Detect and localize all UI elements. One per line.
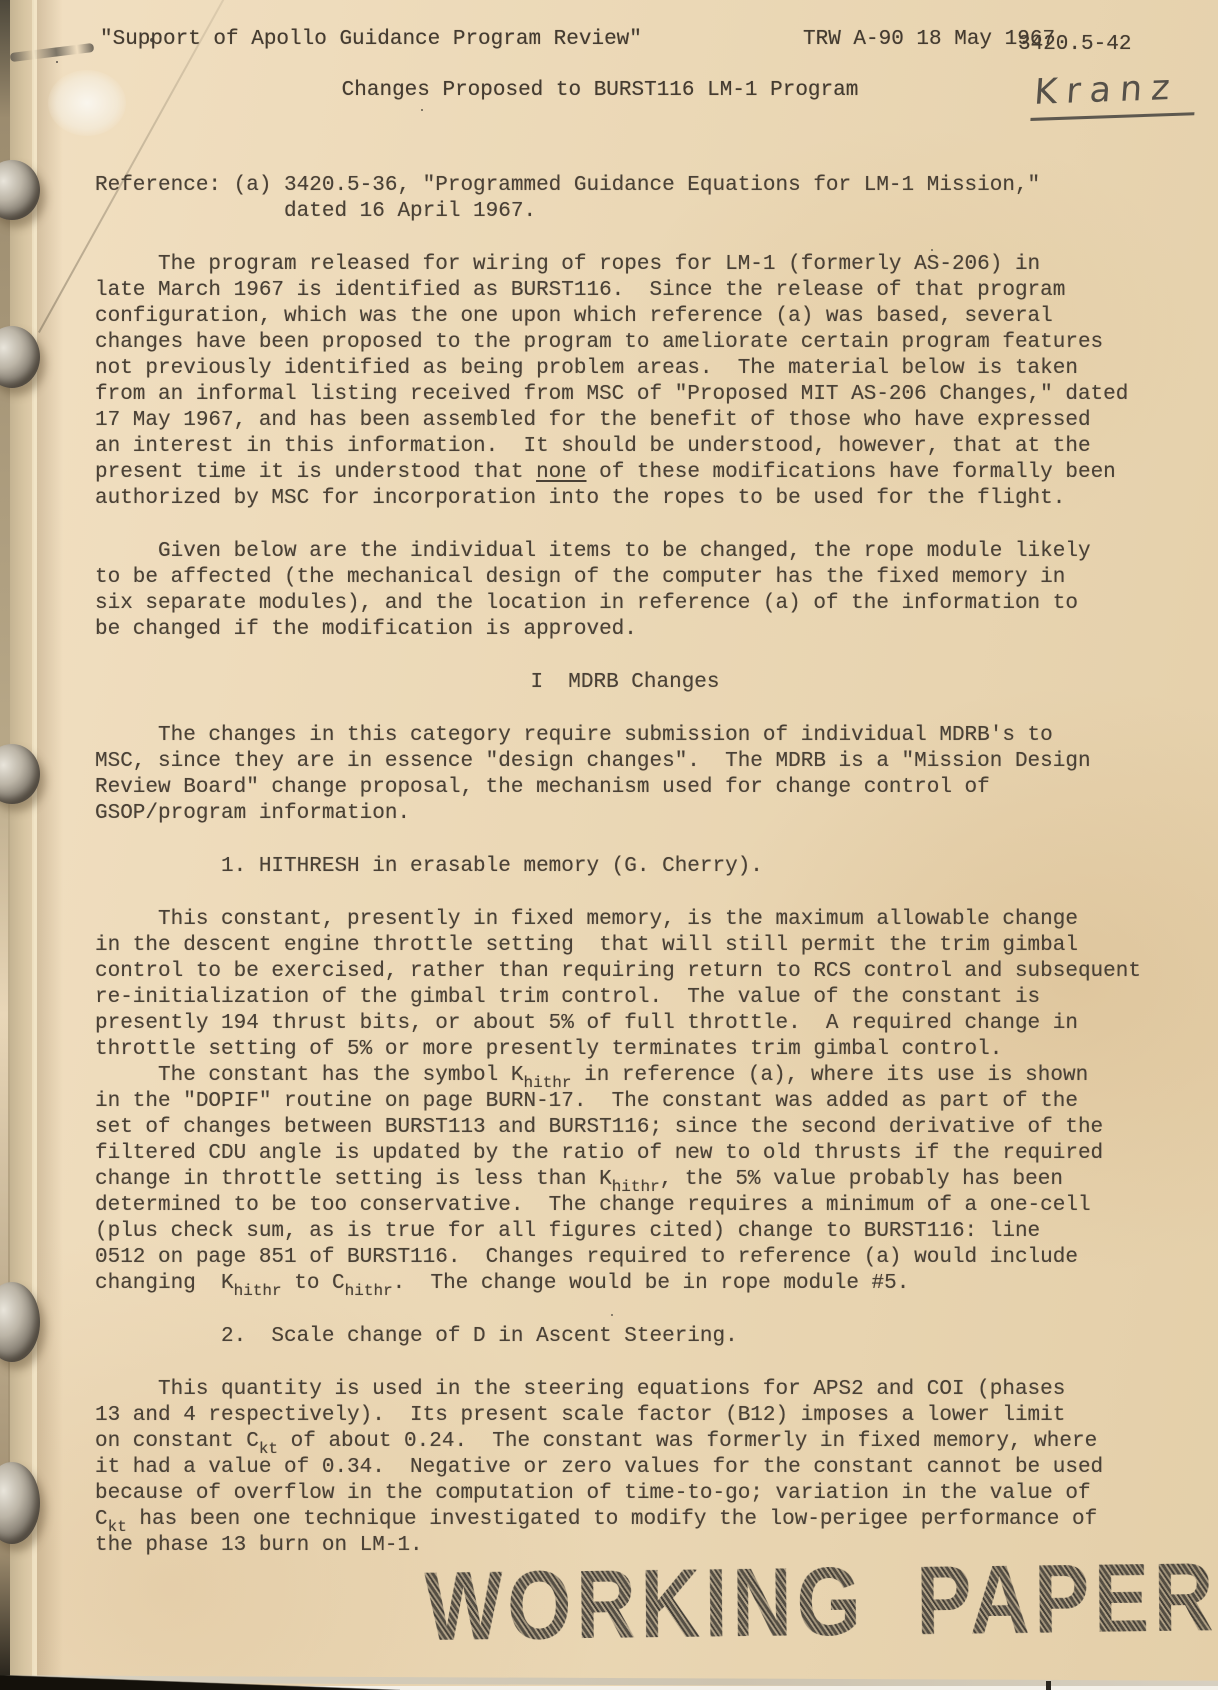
text-segment: Given below are the individual items to … [95, 540, 1091, 563]
text-segment: , the 5% value probably has been [660, 1168, 1063, 1191]
text-line: changes have been proposed to the progra… [95, 330, 1155, 356]
text-segment: MSC, since they are in essence "design c… [95, 750, 1091, 773]
page-title: Changes Proposed to BURST116 LM-1 Progra… [95, 79, 1105, 102]
text-line: dated 16 April 1967. [95, 199, 1155, 225]
text-segment: throttle setting of 5% or more presently… [95, 1038, 1002, 1061]
text-segment: authorized by MSC for incorporation into… [95, 487, 1065, 510]
text-line: re-initialization of the gimbal trim con… [95, 985, 1155, 1011]
header-left-text: "Support of Apollo Guidance Program Revi… [100, 28, 642, 51]
text-line: determined to be too conservative. The c… [95, 1193, 1155, 1219]
text-line: Reference: (a) 3420.5-36, "Programmed Gu… [95, 173, 1155, 199]
text-segment: The constant has the symbol K [95, 1064, 523, 1087]
scanned-document-page: { "colors": { "paper": "#e9d6b3", "ink":… [0, 0, 1218, 1690]
text-line: This quantity is used in the steering eq… [95, 1377, 1155, 1403]
text-segment: This constant, presently in fixed memory… [95, 908, 1078, 931]
text-line: because of overflow in the computation o… [95, 1481, 1155, 1507]
item-2-heading: 2. Scale change of D in Ascent Steering. [95, 1324, 1155, 1350]
text-segment: has been one technique investigated to m… [127, 1508, 1097, 1531]
text-segment: six separate modules), and the location … [95, 592, 1078, 615]
text-line: The changes in this category require sub… [95, 723, 1155, 749]
text-segment: of these modifications have formally bee… [587, 461, 1116, 484]
text-segment: 17 May 1967, and has been assembled for … [95, 409, 1091, 432]
text-segment: of about 0.24. The constant was formerly… [278, 1430, 1097, 1453]
text-segment: re-initialization of the gimbal trim con… [95, 986, 1040, 1009]
text-segment: 0512 on page 851 of BURST116. Changes re… [95, 1246, 1078, 1269]
text-segment: changing K [95, 1272, 234, 1295]
text-line: present time it is understood that none … [95, 460, 1155, 486]
text-segment: changes have been proposed to the progra… [95, 331, 1103, 354]
para-scale-change: This quantity is used in the steering eq… [95, 1377, 1155, 1559]
subscript: hithr [234, 1282, 282, 1300]
text-line: six separate modules), and the location … [95, 591, 1155, 617]
text-line: Given below are the individual items to … [95, 539, 1155, 565]
text-segment: to be affected (the mechanical design of… [95, 566, 1065, 589]
subscript: hithr [345, 1282, 393, 1300]
para-mdrb-description: The changes in this category require sub… [95, 723, 1155, 827]
text-segment: dated 16 April 1967. [95, 200, 536, 223]
text-line: changing Khithr to Chithr. The change wo… [95, 1271, 1155, 1297]
text-line: not previously identified as being probl… [95, 356, 1155, 382]
text-segment: to C [282, 1272, 345, 1295]
text-line: control to be exercised, rather than req… [95, 959, 1155, 985]
text-line: 17 May 1967, and has been assembled for … [95, 408, 1155, 434]
text-line: an interest in this information. It shou… [95, 434, 1155, 460]
text-segment: because of overflow in the computation o… [95, 1482, 1091, 1505]
text-line: 13 and 4 respectively). Its present scal… [95, 1403, 1155, 1429]
text-line: presently 194 thrust bits, or about 5% o… [95, 1011, 1155, 1037]
text-segment: it had a value of 0.34. Negative or zero… [95, 1456, 1103, 1479]
text-segment: change in throttle setting is less than … [95, 1168, 612, 1191]
text-segment: late March 1967 is identified as BURST11… [95, 279, 1065, 302]
text-segment: on constant C [95, 1430, 259, 1453]
text-segment: determined to be too conservative. The c… [95, 1194, 1091, 1217]
text-segment: in the descent engine throttle setting t… [95, 934, 1078, 957]
text-segment: not previously identified as being probl… [95, 357, 1078, 380]
text-segment: be changed if the modification is approv… [95, 618, 637, 641]
underlined-text: none [536, 461, 586, 484]
text-line: I MDRB Changes [95, 670, 1155, 696]
text-segment: GSOP/program information. [95, 802, 410, 825]
text-segment: the phase 13 burn on LM-1. [95, 1534, 423, 1557]
reference-block: Reference: (a) 3420.5-36, "Programmed Gu… [95, 173, 1155, 225]
page-left-edge-shadow [0, 0, 10, 1690]
text-line: on constant Ckt of about 0.24. The const… [95, 1429, 1155, 1455]
document-body: Reference: (a) 3420.5-36, "Programmed Gu… [95, 146, 1155, 1559]
text-line: 2. Scale change of D in Ascent Steering. [95, 1324, 1155, 1350]
text-segment: in the "DOPIF" routine on page BURN-17. … [95, 1090, 1078, 1113]
text-segment: I MDRB Changes [530, 671, 719, 694]
page-left-edge-band [8, 0, 34, 1690]
para-intro: The program released for wiring of ropes… [95, 252, 1155, 512]
text-segment: Reference: (a) 3420.5-36, "Programmed Gu… [95, 174, 1040, 197]
text-segment: configuration, which was the one upon wh… [95, 305, 1053, 328]
text-line: Ckt has been one technique investigated … [95, 1507, 1155, 1533]
para-hithresh-2: The constant has the symbol Khithr in re… [95, 1063, 1155, 1297]
text-line: authorized by MSC for incorporation into… [95, 486, 1155, 512]
text-segment: . The change would be in rope module #5. [393, 1272, 910, 1295]
text-segment: Review Board" change proposal, the mecha… [95, 776, 990, 799]
text-segment: set of changes between BURST113 and BURS… [95, 1116, 1103, 1139]
text-line: 0512 on page 851 of BURST116. Changes re… [95, 1245, 1155, 1271]
item-1-heading: 1. HITHRESH in erasable memory (G. Cherr… [95, 854, 1155, 880]
document-number: 3420.5-42 [1018, 33, 1131, 56]
section-heading-mdrb: I MDRB Changes [95, 670, 1155, 696]
text-segment: (plus check sum, as is true for all figu… [95, 1220, 1040, 1243]
text-line: in the descent engine throttle setting t… [95, 933, 1155, 959]
text-line: throttle setting of 5% or more presently… [95, 1037, 1155, 1063]
text-segment: The program released for wiring of ropes… [95, 253, 1040, 276]
text-line: configuration, which was the one upon wh… [95, 304, 1155, 330]
text-segment: an interest in this information. It shou… [95, 435, 1091, 458]
text-line: MSC, since they are in essence "design c… [95, 749, 1155, 775]
text-line: in the "DOPIF" routine on page BURN-17. … [95, 1089, 1155, 1115]
text-segment: in reference (a), where its use is shown [572, 1064, 1089, 1087]
text-line: Review Board" change proposal, the mecha… [95, 775, 1155, 801]
text-line: 1. HITHRESH in erasable memory (G. Cherr… [95, 854, 1155, 880]
text-line: filtered CDU angle is updated by the rat… [95, 1141, 1155, 1167]
scanner-background-corner [0, 1675, 400, 1690]
para-hithresh-1: This constant, presently in fixed memory… [95, 907, 1155, 1063]
text-line: The constant has the symbol Khithr in re… [95, 1063, 1155, 1089]
text-segment: 1. HITHRESH in erasable memory (G. Cherr… [95, 855, 763, 878]
page-left-inner-shadow [37, 0, 63, 1690]
text-line: from an informal listing received from M… [95, 382, 1155, 408]
text-segment: present time it is understood that [95, 461, 536, 484]
text-line: This constant, presently in fixed memory… [95, 907, 1155, 933]
page-bottom-notch [1046, 1681, 1051, 1690]
text-line: set of changes between BURST113 and BURS… [95, 1115, 1155, 1141]
text-segment: This quantity is used in the steering eq… [95, 1378, 1065, 1401]
text-segment: The changes in this category require sub… [95, 724, 1053, 747]
text-line: GSOP/program information. [95, 801, 1155, 827]
text-segment: 13 and 4 respectively). Its present scal… [95, 1404, 1065, 1427]
para-given-below: Given below are the individual items to … [95, 539, 1155, 643]
text-segment: 2. Scale change of D in Ascent Steering. [95, 1325, 738, 1348]
text-segment: filtered CDU angle is updated by the rat… [95, 1142, 1103, 1165]
text-segment: presently 194 thrust bits, or about 5% o… [95, 1012, 1078, 1035]
text-line: The program released for wiring of ropes… [95, 252, 1155, 278]
text-segment: C [95, 1508, 108, 1531]
working-paper-stamp: WORKING PAPER [424, 1542, 1218, 1663]
text-line: change in throttle setting is less than … [95, 1167, 1155, 1193]
text-line: late March 1967 is identified as BURST11… [95, 278, 1155, 304]
handwritten-signature-kranz: Kranz [1030, 67, 1198, 121]
text-line: (plus check sum, as is true for all figu… [95, 1219, 1155, 1245]
text-line: it had a value of 0.34. Negative or zero… [95, 1455, 1155, 1481]
text-line: to be affected (the mechanical design of… [95, 565, 1155, 591]
text-segment: from an informal listing received from M… [95, 383, 1128, 406]
text-line: be changed if the modification is approv… [95, 617, 1155, 643]
text-segment: control to be exercised, rather than req… [95, 960, 1141, 983]
